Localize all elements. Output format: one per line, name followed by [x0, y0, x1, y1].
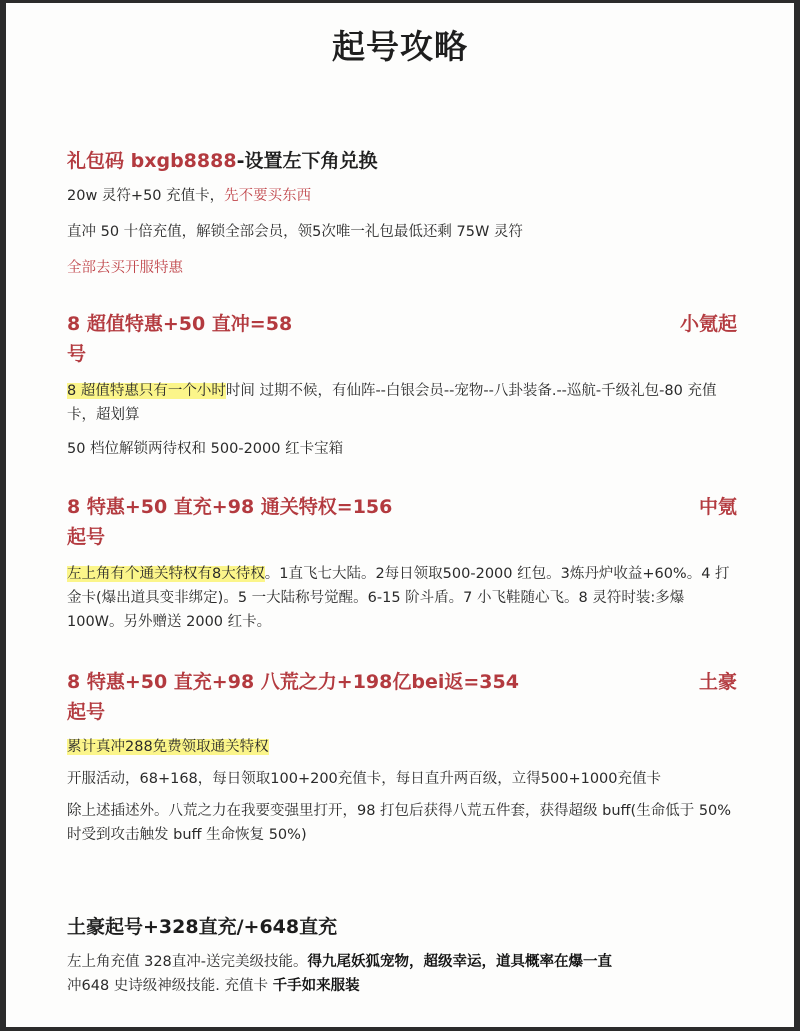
small-spend-unlock: 50 档位解锁两待权和 500-2000 红卡宝箱: [67, 437, 737, 461]
gift-code-label: 礼包码 bxgb8888: [67, 150, 237, 172]
whale-bahuang-desc: 除上述插述外。八荒之力在我要变强里打开，98 打包后获得八荒五件套，获得超级 b…: [67, 799, 737, 847]
highlight-text: 累计真冲288免费领取通关特权: [67, 739, 269, 755]
gift-code-heading: 礼包码 bxgb8888-设置左下角兑换: [67, 146, 737, 176]
heading-tier: 土豪: [699, 667, 737, 697]
section-gift-code: 礼包码 bxgb8888-设置左下角兑换 20w 灵符+50 充值卡，先不要买东…: [67, 146, 737, 280]
section-whale-premium: 土豪起号+328直充/+648直充 左上角充值 328直冲-送完美级技能。得九尾…: [67, 912, 737, 998]
highlight-text: 左上角有个通关特权有8大待权: [67, 566, 265, 582]
mid-spend-heading: 8 特惠+50 直充+98 通关特权=156 中氪: [67, 492, 737, 522]
heading-formula: 8 特惠+50 直充+98 八荒之力+198亿bei返=354: [67, 667, 519, 697]
section-whale: 8 特惠+50 直充+98 八荒之力+198亿bei返=354 土豪 起号 累计…: [67, 667, 737, 847]
highlight-text: 8 超值特惠只有一个小时: [67, 383, 226, 399]
buy-advice: 全部去买开服特惠: [67, 256, 737, 280]
section-small-spend: 8 超值特惠+50 直冲=58 小氪起 号 8 超值特惠只有一个小时时间 过期不…: [67, 309, 737, 461]
page-title: 起号攻略: [6, 21, 794, 68]
desc-text: 左上角充值 328直冲-送完美级技能。: [67, 954, 308, 970]
whale-free-privilege: 累计真冲288免费领取通关特权: [67, 735, 737, 759]
recharge-line: 直冲 50 十倍充值，解锁全部会员，领5次唯一礼包最低还剩 75W 灵符: [67, 220, 737, 244]
heading-tier: 小氪起: [680, 309, 737, 339]
whale-server-event: 开服活动，68+168，每日领取100+200充值卡，每日直升两百级，立得500…: [67, 767, 737, 791]
heading-wrap: 起号: [67, 697, 737, 727]
desc-text: 冲648 史诗级神级技能. 充值卡: [67, 978, 273, 994]
document-page: 起号攻略 礼包码 bxgb8888-设置左下角兑换 20w 灵符+50 充值卡，…: [6, 3, 794, 1027]
redeem-instruction: -设置左下角兑换: [237, 150, 378, 172]
premium-desc: 左上角充值 328直冲-送完美级技能。得九尾妖狐宠物，超级幸运，道具概率在爆一直…: [67, 950, 737, 998]
bold-text: 千手如来服装: [273, 978, 360, 994]
reward-text: 20w 灵符+50 充值卡，: [67, 188, 224, 204]
premium-heading: 土豪起号+328直充/+648直充: [67, 912, 737, 942]
mid-spend-desc: 左上角有个通关特权有8大待权。1直飞七大陆。2每日领取500-2000 红包。3…: [67, 562, 737, 634]
gift-reward-line: 20w 灵符+50 充值卡，先不要买东西: [67, 184, 737, 208]
heading-formula: 8 超值特惠+50 直冲=58: [67, 309, 292, 339]
whale-heading: 8 特惠+50 直充+98 八荒之力+198亿bei返=354 土豪: [67, 667, 737, 697]
small-spend-heading: 8 超值特惠+50 直冲=58 小氪起: [67, 309, 737, 339]
small-spend-desc: 8 超值特惠只有一个小时时间 过期不候，有仙阵--白银会员--宠物--八卦装备.…: [67, 379, 737, 427]
warning-text: 先不要买东西: [224, 188, 311, 204]
heading-wrap: 号: [67, 339, 737, 369]
bold-text: 得九尾妖狐宠物，超级幸运，道具概率在爆一直: [308, 954, 613, 970]
heading-wrap: 起号: [67, 522, 737, 552]
heading-formula: 8 特惠+50 直充+98 通关特权=156: [67, 492, 392, 522]
heading-tier: 中氪: [699, 492, 737, 522]
section-mid-spend: 8 特惠+50 直充+98 通关特权=156 中氪 起号 左上角有个通关特权有8…: [67, 492, 737, 634]
